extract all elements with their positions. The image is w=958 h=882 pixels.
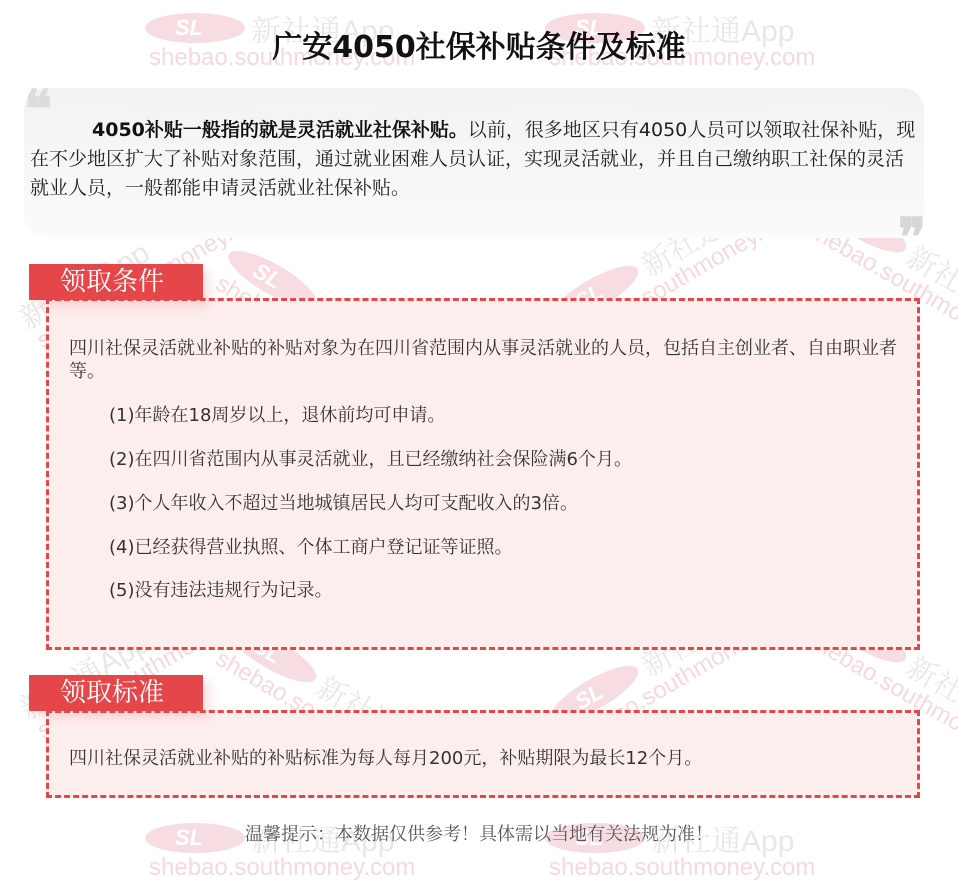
footer-disclaimer: 温馨提示：本数据仅供参考！具体需以当地有关法规为准！ (0, 820, 958, 846)
condition-item: (1)年龄在18周岁以上，退休前均可申请。 (109, 405, 445, 427)
condition-item: (4)已经获得营业执照、个体工商户登记证等证照。 (109, 537, 513, 559)
condition-item: (2)在四川省范围内从事灵活就业，且已经缴纳社会保险满6个月。 (109, 449, 632, 471)
conditions-description: 四川社保灵活就业补贴的补贴对象为在四川省范围内从事灵活就业的人员，包括自主创业者… (69, 337, 899, 383)
quote-close-icon: ❞ (898, 212, 926, 264)
standard-description: 四川社保灵活就业补贴的补贴标准为每人每月200元，补贴期限为最长12个月。 (69, 747, 899, 770)
intro-paragraph: 4050补贴一般指的就是灵活就业社保补贴。以前，很多地区只有4050人员可以领取… (30, 116, 920, 203)
section-heading-conditions: 领取条件 (29, 264, 203, 300)
conditions-box: 四川社保灵活就业补贴的补贴对象为在四川省范围内从事灵活就业的人员，包括自主创业者… (46, 298, 920, 650)
standard-box: 四川社保灵活就业补贴的补贴标准为每人每月200元，补贴期限为最长12个月。 (46, 710, 920, 798)
condition-item: (5)没有违法违规行为记录。 (109, 580, 333, 602)
intro-lead: 4050补贴一般指的就是灵活就业社保补贴。 (92, 119, 468, 141)
page-title: 广安4050社保补贴条件及标准 (0, 22, 958, 66)
condition-item: (3)个人年收入不超过当地城镇居民人均可支配收入的3倍。 (109, 493, 578, 515)
section-heading-standard: 领取标准 (29, 675, 203, 711)
